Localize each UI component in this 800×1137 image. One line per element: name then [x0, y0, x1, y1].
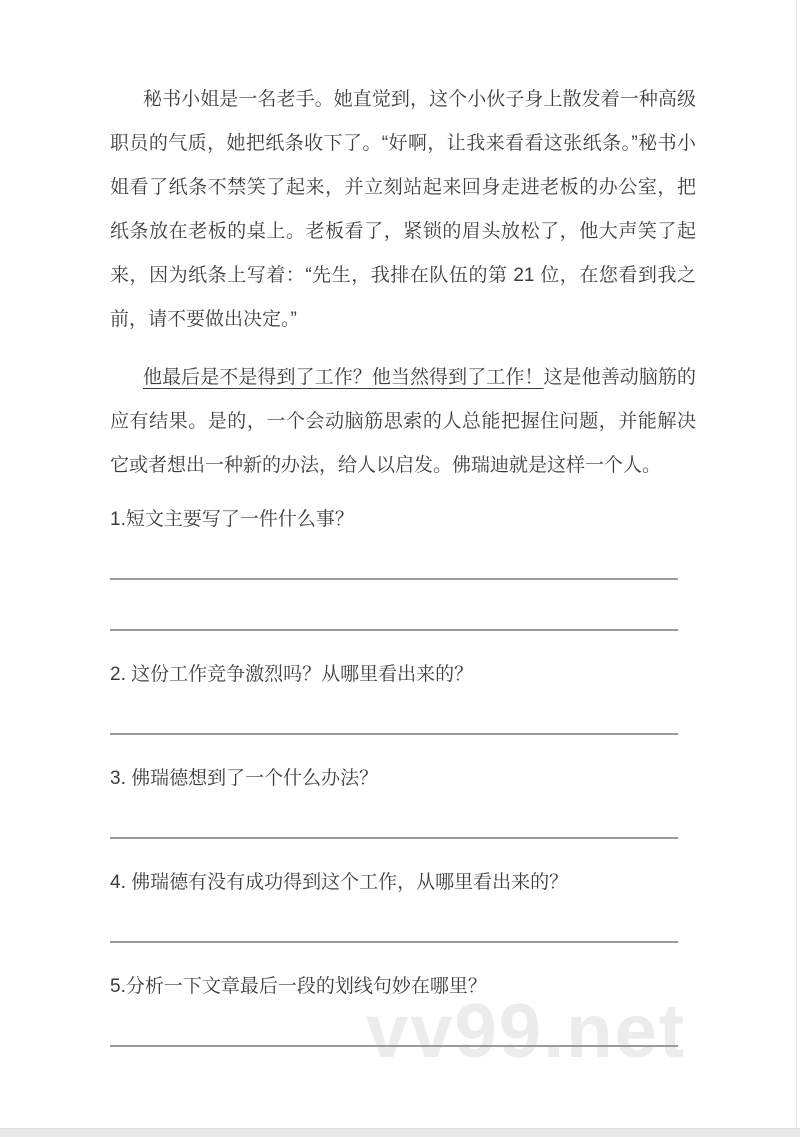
story-paragraph: 秘书小姐是一名老手。她直觉到，这个小伙子身上散发着一种高级职员的气质，她把纸条收… [110, 78, 696, 342]
question-block: 3. 佛瑞德想到了一个什么办法？ [110, 765, 696, 839]
answer-line [110, 1045, 678, 1047]
answer-line [110, 629, 678, 631]
story-text: 秘书小姐是一名老手。她直觉到，这个小伙子身上散发着一种高级职员的气质，她把纸条收… [110, 78, 696, 488]
answer-line [110, 733, 678, 735]
page-bottom-edge [0, 1128, 800, 1137]
answer-line [110, 837, 678, 839]
question-label: 5.分析一下文章最后一段的划线句妙在哪里？ [110, 973, 696, 1001]
story-paragraph-conclusion: 他最后是不是得到了工作？他当然得到了工作！这是他善动脑筋的应有结果。是的，一个会… [110, 356, 696, 488]
question-block: 4. 佛瑞德有没有成功得到这个工作，从哪里看出来的？ [110, 869, 696, 943]
answer-line [110, 578, 678, 580]
page-content: 秘书小姐是一名老手。她直觉到，这个小伙子身上散发着一种高级职员的气质，她把纸条收… [110, 78, 696, 1047]
questions: 1.短文主要写了一件什么事？2. 这份工作竞争激烈吗？从哪里看出来的？3. 佛瑞… [110, 506, 696, 1047]
question-block: 2. 这份工作竞争激烈吗？从哪里看出来的？ [110, 661, 696, 735]
question-label: 1.短文主要写了一件什么事？ [110, 506, 696, 534]
page-right-edge [796, 0, 797, 1129]
worksheet-page: vv99.net 秘书小姐是一名老手。她直觉到，这个小伙子身上散发着一种高级职员… [0, 0, 800, 1137]
question-block: 1.短文主要写了一件什么事？ [110, 506, 696, 631]
answer-line [110, 941, 678, 943]
question-label: 4. 佛瑞德有没有成功得到这个工作，从哪里看出来的？ [110, 869, 696, 897]
underlined-sentence: 他最后是不是得到了工作？他当然得到了工作！ [143, 367, 543, 388]
question-label: 3. 佛瑞德想到了一个什么办法？ [110, 765, 696, 793]
question-label: 2. 这份工作竞争激烈吗？从哪里看出来的？ [110, 661, 696, 689]
question-block: 5.分析一下文章最后一段的划线句妙在哪里？ [110, 973, 696, 1047]
